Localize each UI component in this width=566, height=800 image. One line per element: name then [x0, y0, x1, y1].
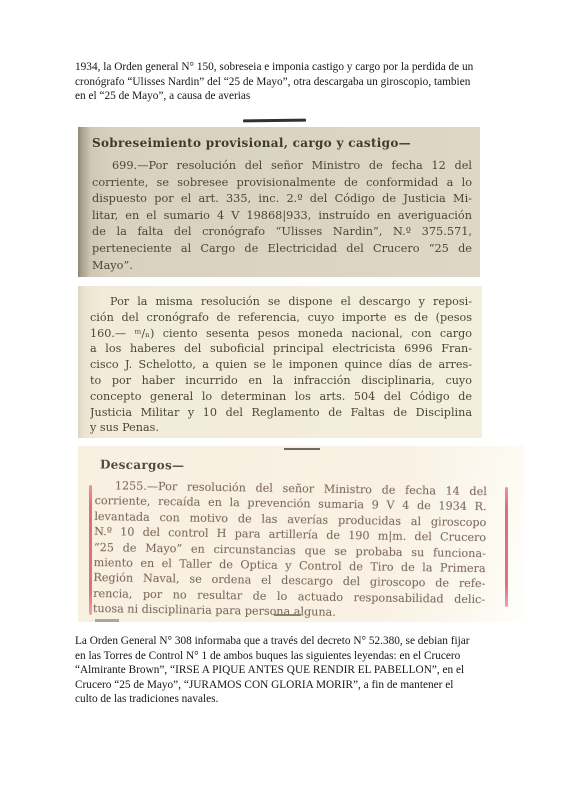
clipping-paragraph: 699.—Por resolución del señor Ministro d…: [92, 158, 472, 274]
scan-artifact-line: [243, 119, 306, 123]
pink-margin-rule-left: [89, 485, 92, 615]
separator-dash: [284, 448, 320, 450]
pink-margin-rule-right: [505, 487, 508, 607]
intro-paragraph: 1934, la Orden general N° 150, sobreseia…: [75, 60, 553, 104]
document-page: 1934, la Orden general N° 150, sobreseia…: [0, 0, 566, 800]
closing-paragraph: La Orden General N° 308 informaba que a …: [75, 634, 553, 707]
scan-smudge: [95, 619, 119, 622]
separator-dash: [274, 614, 301, 616]
clipping-heading: Sobreseimiento provisional, cargo y cast…: [92, 136, 411, 150]
clipping-heading: Descargos—: [100, 458, 185, 473]
scan-clipping-sobreseimiento: Sobreseimiento provisional, cargo y cast…: [78, 127, 480, 277]
clipping-paragraph: 1255.—Por resolución del señor Ministro …: [93, 478, 487, 623]
scan-clipping-descargo-reposicion: Por la misma resolución se dispone el de…: [78, 286, 482, 438]
scan-clipping-descargos: Descargos— 1255.—Por resolución del seño…: [78, 446, 524, 622]
clipping-paragraph: Por la misma resolución se dispone el de…: [90, 294, 472, 436]
